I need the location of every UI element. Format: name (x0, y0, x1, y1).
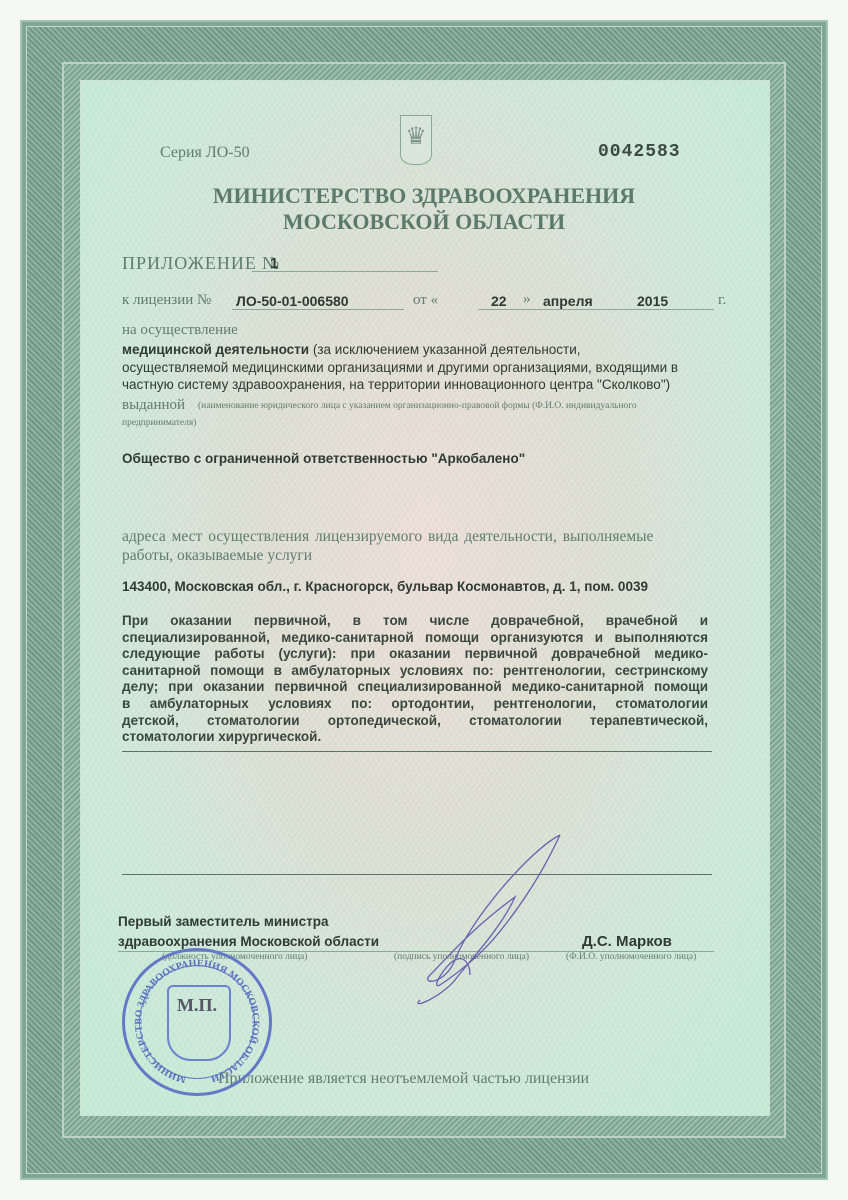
name-hint: (Ф.И.О. уполномоченного лица) (566, 952, 696, 962)
position-line1: Первый заместитель министра (118, 914, 328, 929)
address-value: 143400, Московская обл., г. Красногорск,… (122, 579, 648, 594)
activity-line3: частную систему здравоохранения, на терр… (122, 377, 670, 392)
services-line: детской, стоматологии ортопедической, ст… (122, 713, 708, 730)
license-day-close: » (523, 291, 531, 308)
official-seal: М.П. МИНИСТЕРСТВО ЗДРАВООХРАНЕНИЯ МОСКОВ… (122, 948, 272, 1096)
activity-bold: медицинской деятельности (122, 342, 309, 357)
services-line: в амбулаторных условиях по: ортодонтии, … (122, 696, 708, 713)
svg-text:МИНИСТЕРСТВО ЗДРАВООХРАНЕНИЯ М: МИНИСТЕРСТВО ЗДРАВООХРАНЕНИЯ МОСКОВСКОЙ … (133, 958, 260, 1084)
activity-line1-rest: (за исключением указанной деятельности, (309, 342, 580, 357)
footer-note: Приложение является неотъемлемой частью … (218, 1070, 589, 1088)
issued-label: выданной (122, 397, 185, 414)
license-month: апреля (543, 293, 593, 309)
divider-line (122, 751, 712, 752)
activity-line2: осуществляемой медицинскими организациям… (122, 360, 678, 375)
appendix-label: ПРИЛОЖЕНИЕ (122, 253, 257, 274)
addresses-label-line1: адреса мест осуществления лицензируемого… (122, 528, 653, 546)
underline (232, 309, 404, 310)
services-line: санитарной помощи в амбулаторных условия… (122, 663, 708, 680)
services-line: специализированной, медико-санитарной по… (122, 630, 708, 647)
issued-hint-line1: (наименование юридического лица с указан… (198, 401, 637, 411)
underline (478, 309, 714, 310)
services-line: При оказании первичной, в том числе довр… (122, 613, 708, 630)
issued-hint-line2: предпринимателя) (122, 418, 196, 428)
license-from-label: от « (413, 292, 438, 309)
coat-of-arms-icon: ♛ (400, 115, 432, 165)
appendix-number: 1 (270, 255, 278, 272)
ministry-title-line2: МОСКОВСКОЙ ОБЛАСТИ (0, 209, 848, 235)
divider-line (122, 874, 712, 875)
services-line: стоматологии хирургической. (122, 729, 708, 746)
position-line2: здравоохранения Московской области (118, 934, 379, 949)
signatory-name: Д.С. Марков (582, 933, 672, 950)
license-year-suffix: г. (718, 292, 726, 309)
ministry-title-line1: МИНИСТЕРСТВО ЗДРАВООХРАНЕНИЯ (0, 183, 848, 209)
services-line: следующие работы (услуги): при оказании … (122, 646, 708, 663)
license-number: ЛО-50-01-006580 (236, 293, 349, 309)
seal-ring-text: МИНИСТЕРСТВО ЗДРАВООХРАНЕНИЯ МОСКОВСКОЙ … (125, 951, 269, 1093)
activity-line1: медицинской деятельности (за исключением… (122, 342, 581, 357)
license-prefix: к лицензии № (122, 292, 211, 309)
addresses-label-line2: работы, оказываемые услуги (122, 547, 312, 565)
services-block: При оказании первичной, в том числе довр… (122, 613, 708, 746)
services-line: делу; при оказании первичной специализир… (122, 679, 708, 696)
series-label: Серия ЛО-50 (160, 144, 250, 162)
organization-name: Общество с ограниченной ответственностью… (122, 451, 525, 466)
signature-hint: (подпись уполномоченного лица) (394, 952, 529, 962)
license-year: 2015 (637, 293, 668, 309)
license-day: 22 (491, 293, 507, 309)
underline (252, 271, 438, 272)
activity-label: на осуществление (122, 322, 238, 339)
serial-number: 0042583 (598, 142, 681, 162)
